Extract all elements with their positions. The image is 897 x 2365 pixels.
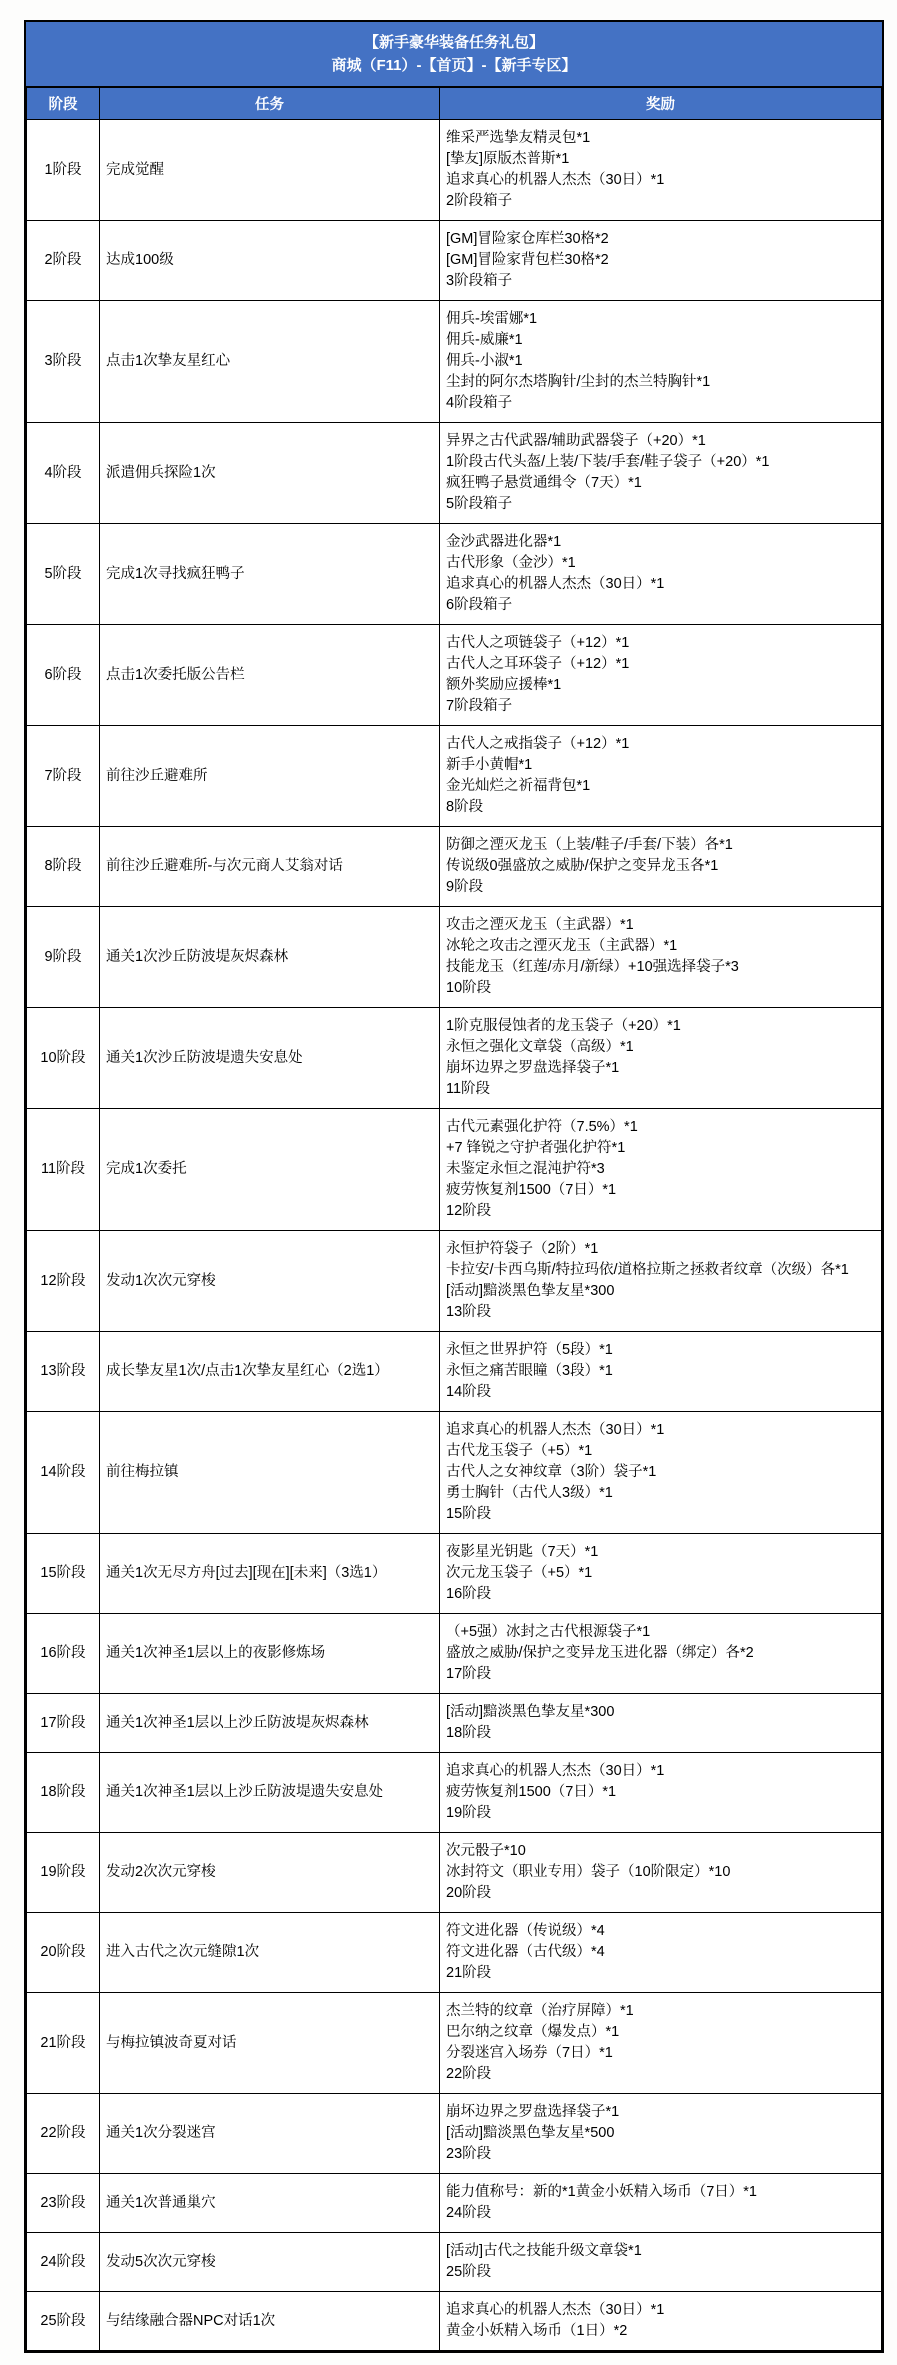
table-row: 9阶段 通关1次沙丘防波堤灰烬森林 攻击之湮灭龙玉（主武器）*1 冰轮之攻击之湮… bbox=[27, 907, 882, 1008]
table-row: 13阶段 成长挚友星1次/点击1次挚友星红心（2选1） 永恒之世界护符（5段）*… bbox=[27, 1332, 882, 1412]
reward-cell: 追求真心的机器人杰杰（30日）*1 古代龙玉袋子（+5）*1 古代人之女神纹章（… bbox=[440, 1412, 882, 1534]
reward-cell: [GM]冒险家仓库栏30格*2 [GM]冒险家背包栏30格*2 3阶段箱子 bbox=[440, 221, 882, 301]
task-cell: 通关1次分裂迷宫 bbox=[100, 2094, 440, 2174]
reward-cell: 古代人之戒指袋子（+12）*1 新手小黄帽*1 金光灿烂之祈福背包*1 8阶段 bbox=[440, 726, 882, 827]
reward-cell: 能力值称号：新的*1黄金小妖精入场币（7日）*1 24阶段 bbox=[440, 2174, 882, 2233]
table-row: 22阶段 通关1次分裂迷宫 崩坏边界之罗盘选择袋子*1 [活动]黯淡黑色挚友星*… bbox=[27, 2094, 882, 2174]
reward-cell: 攻击之湮灭龙玉（主武器）*1 冰轮之攻击之湮灭龙玉（主武器）*1 技能龙玉（红莲… bbox=[440, 907, 882, 1008]
task-cell: 与梅拉镇波奇夏对话 bbox=[100, 1993, 440, 2094]
stage-cell: 17阶段 bbox=[27, 1694, 100, 1753]
table-row: 3阶段 点击1次挚友星红心 佣兵-埃雷娜*1 佣兵-威廉*1 佣兵-小淑*1 尘… bbox=[27, 301, 882, 423]
reward-cell: 1阶克服侵蚀者的龙玉袋子（+20）*1 永恒之强化文章袋（高级）*1 崩坏边界之… bbox=[440, 1008, 882, 1109]
stage-cell: 24阶段 bbox=[27, 2233, 100, 2292]
header-row: 阶段 任务 奖励 bbox=[27, 88, 882, 120]
reward-cell: 追求真心的机器人杰杰（30日）*1 疲劳恢复剂1500（7日）*1 19阶段 bbox=[440, 1753, 882, 1833]
task-cell: 发动1次次元穿梭 bbox=[100, 1231, 440, 1332]
reward-cell: 永恒之世界护符（5段）*1 永恒之痛苦眼瞳（3段）*1 14阶段 bbox=[440, 1332, 882, 1412]
stage-cell: 25阶段 bbox=[27, 2292, 100, 2351]
table-row: 17阶段 通关1次神圣1层以上沙丘防波堤灰烬森林 [活动]黯淡黑色挚友星*300… bbox=[27, 1694, 882, 1753]
reward-cell: 防御之湮灭龙玉（上装/鞋子/手套/下装）各*1 传说级0强盛放之威胁/保护之变异… bbox=[440, 827, 882, 907]
stage-cell: 11阶段 bbox=[27, 1109, 100, 1231]
task-cell: 发动5次次元穿梭 bbox=[100, 2233, 440, 2292]
task-cell: 通关1次沙丘防波堤遗失安息处 bbox=[100, 1008, 440, 1109]
reward-cell: 杰兰特的纹章（治疗屏障）*1 巴尔纳之纹章（爆发点）*1 分裂迷宫入场券（7日）… bbox=[440, 1993, 882, 2094]
task-cell: 通关1次普通巢穴 bbox=[100, 2174, 440, 2233]
reward-cell: [活动]古代之技能升级文章袋*1 25阶段 bbox=[440, 2233, 882, 2292]
stage-cell: 10阶段 bbox=[27, 1008, 100, 1109]
table-row: 4阶段 派遣佣兵探险1次 异界之古代武器/辅助武器袋子（+20）*1 1阶段古代… bbox=[27, 423, 882, 524]
task-cell: 发动2次次元穿梭 bbox=[100, 1833, 440, 1913]
title-line-1: 【新手豪华装备任务礼包】 bbox=[26, 31, 882, 54]
page: 【新手豪华装备任务礼包】 商城（F11）-【首页】-【新手专区】 阶段 任务 奖… bbox=[0, 20, 897, 2353]
table-row: 7阶段 前往沙丘避难所 古代人之戒指袋子（+12）*1 新手小黄帽*1 金光灿烂… bbox=[27, 726, 882, 827]
reward-cell: [活动]黯淡黑色挚友星*300 18阶段 bbox=[440, 1694, 882, 1753]
task-cell: 通关1次沙丘防波堤灰烬森林 bbox=[100, 907, 440, 1008]
task-cell: 通关1次神圣1层以上沙丘防波堤遗失安息处 bbox=[100, 1753, 440, 1833]
stage-cell: 20阶段 bbox=[27, 1913, 100, 1993]
reward-cell: 金沙武器进化器*1 古代形象（金沙）*1 追求真心的机器人杰杰（30日）*1 6… bbox=[440, 524, 882, 625]
table-row: 18阶段 通关1次神圣1层以上沙丘防波堤遗失安息处 追求真心的机器人杰杰（30日… bbox=[27, 1753, 882, 1833]
stage-reward-table: 阶段 任务 奖励 1阶段 完成觉醒 维采严选挚友精灵包*1 [挚友]原版杰普斯*… bbox=[26, 87, 882, 2351]
reward-cell: 永恒护符袋子（2阶）*1 卡拉安/卡西乌斯/特拉玛依/道格拉斯之拯救者纹章（次级… bbox=[440, 1231, 882, 1332]
table-row: 19阶段 发动2次次元穿梭 次元骰子*10 冰封符文（职业专用）袋子（10阶限定… bbox=[27, 1833, 882, 1913]
table-row: 2阶段 达成100级 [GM]冒险家仓库栏30格*2 [GM]冒险家背包栏30格… bbox=[27, 221, 882, 301]
reward-cell: 佣兵-埃雷娜*1 佣兵-威廉*1 佣兵-小淑*1 尘封的阿尔杰塔胸针/尘封的杰兰… bbox=[440, 301, 882, 423]
table-row: 15阶段 通关1次无尽方舟[过去][现在][未来]（3选1） 夜影星光钥匙（7天… bbox=[27, 1534, 882, 1614]
gift-pack-table: 【新手豪华装备任务礼包】 商城（F11）-【首页】-【新手专区】 阶段 任务 奖… bbox=[24, 20, 884, 2353]
reward-cell: 异界之古代武器/辅助武器袋子（+20）*1 1阶段古代头盔/上装/下装/手套/鞋… bbox=[440, 423, 882, 524]
table-row: 12阶段 发动1次次元穿梭 永恒护符袋子（2阶）*1 卡拉安/卡西乌斯/特拉玛依… bbox=[27, 1231, 882, 1332]
task-cell: 成长挚友星1次/点击1次挚友星红心（2选1） bbox=[100, 1332, 440, 1412]
task-cell: 前往沙丘避难所-与次元商人艾翁对话 bbox=[100, 827, 440, 907]
task-cell: 通关1次无尽方舟[过去][现在][未来]（3选1） bbox=[100, 1534, 440, 1614]
stage-cell: 15阶段 bbox=[27, 1534, 100, 1614]
stage-cell: 5阶段 bbox=[27, 524, 100, 625]
reward-cell: （+5强）冰封之古代根源袋子*1 盛放之威胁/保护之变异龙玉进化器（绑定）各*2… bbox=[440, 1614, 882, 1694]
task-cell: 通关1次神圣1层以上沙丘防波堤灰烬森林 bbox=[100, 1694, 440, 1753]
reward-cell: 符文进化器（传说级）*4 符文进化器（古代级）*4 21阶段 bbox=[440, 1913, 882, 1993]
table-row: 25阶段 与结缘融合器NPC对话1次 追求真心的机器人杰杰（30日）*1 黄金小… bbox=[27, 2292, 882, 2351]
task-cell: 前往梅拉镇 bbox=[100, 1412, 440, 1534]
table-title: 【新手豪华装备任务礼包】 商城（F11）-【首页】-【新手专区】 bbox=[26, 22, 882, 87]
table-row: 11阶段 完成1次委托 古代元素强化护符（7.5%）*1 +7 锋锐之守护者强化… bbox=[27, 1109, 882, 1231]
stage-cell: 3阶段 bbox=[27, 301, 100, 423]
stage-cell: 6阶段 bbox=[27, 625, 100, 726]
table-row: 10阶段 通关1次沙丘防波堤遗失安息处 1阶克服侵蚀者的龙玉袋子（+20）*1 … bbox=[27, 1008, 882, 1109]
table-row: 1阶段 完成觉醒 维采严选挚友精灵包*1 [挚友]原版杰普斯*1 追求真心的机器… bbox=[27, 120, 882, 221]
stage-cell: 12阶段 bbox=[27, 1231, 100, 1332]
reward-cell: 古代人之项链袋子（+12）*1 古代人之耳环袋子（+12）*1 额外奖励应援棒*… bbox=[440, 625, 882, 726]
task-cell: 与结缘融合器NPC对话1次 bbox=[100, 2292, 440, 2351]
reward-cell: 次元骰子*10 冰封符文（职业专用）袋子（10阶限定）*10 20阶段 bbox=[440, 1833, 882, 1913]
reward-cell: 崩坏边界之罗盘选择袋子*1 [活动]黯淡黑色挚友星*500 23阶段 bbox=[440, 2094, 882, 2174]
task-cell: 通关1次神圣1层以上的夜影修炼场 bbox=[100, 1614, 440, 1694]
reward-cell: 夜影星光钥匙（7天）*1 次元龙玉袋子（+5）*1 16阶段 bbox=[440, 1534, 882, 1614]
table-row: 23阶段 通关1次普通巢穴 能力值称号：新的*1黄金小妖精入场币（7日）*1 2… bbox=[27, 2174, 882, 2233]
table-row: 16阶段 通关1次神圣1层以上的夜影修炼场 （+5强）冰封之古代根源袋子*1 盛… bbox=[27, 1614, 882, 1694]
task-cell: 派遣佣兵探险1次 bbox=[100, 423, 440, 524]
table-row: 14阶段 前往梅拉镇 追求真心的机器人杰杰（30日）*1 古代龙玉袋子（+5）*… bbox=[27, 1412, 882, 1534]
stage-cell: 19阶段 bbox=[27, 1833, 100, 1913]
stage-cell: 14阶段 bbox=[27, 1412, 100, 1534]
reward-cell: 追求真心的机器人杰杰（30日）*1 黄金小妖精入场币（1日）*2 bbox=[440, 2292, 882, 2351]
table-row: 20阶段 进入古代之次元缝隙1次 符文进化器（传说级）*4 符文进化器（古代级）… bbox=[27, 1913, 882, 1993]
stage-cell: 23阶段 bbox=[27, 2174, 100, 2233]
task-cell: 点击1次委托版公告栏 bbox=[100, 625, 440, 726]
table-row: 24阶段 发动5次次元穿梭 [活动]古代之技能升级文章袋*1 25阶段 bbox=[27, 2233, 882, 2292]
stage-cell: 8阶段 bbox=[27, 827, 100, 907]
reward-cell: 维采严选挚友精灵包*1 [挚友]原版杰普斯*1 追求真心的机器人杰杰（30日）*… bbox=[440, 120, 882, 221]
reward-cell: 古代元素强化护符（7.5%）*1 +7 锋锐之守护者强化护符*1 未鉴定永恒之混… bbox=[440, 1109, 882, 1231]
stage-cell: 9阶段 bbox=[27, 907, 100, 1008]
stage-cell: 21阶段 bbox=[27, 1993, 100, 2094]
stage-cell: 2阶段 bbox=[27, 221, 100, 301]
column-header-stage: 阶段 bbox=[27, 88, 100, 120]
task-cell: 完成1次寻找疯狂鸭子 bbox=[100, 524, 440, 625]
stage-cell: 22阶段 bbox=[27, 2094, 100, 2174]
title-line-2: 商城（F11）-【首页】-【新手专区】 bbox=[26, 54, 882, 77]
column-header-task: 任务 bbox=[100, 88, 440, 120]
column-header-reward: 奖励 bbox=[440, 88, 882, 120]
task-cell: 进入古代之次元缝隙1次 bbox=[100, 1913, 440, 1993]
task-cell: 完成1次委托 bbox=[100, 1109, 440, 1231]
table-row: 21阶段 与梅拉镇波奇夏对话 杰兰特的纹章（治疗屏障）*1 巴尔纳之纹章（爆发点… bbox=[27, 1993, 882, 2094]
task-cell: 达成100级 bbox=[100, 221, 440, 301]
table-row: 5阶段 完成1次寻找疯狂鸭子 金沙武器进化器*1 古代形象（金沙）*1 追求真心… bbox=[27, 524, 882, 625]
table-row: 8阶段 前往沙丘避难所-与次元商人艾翁对话 防御之湮灭龙玉（上装/鞋子/手套/下… bbox=[27, 827, 882, 907]
table-body: 1阶段 完成觉醒 维采严选挚友精灵包*1 [挚友]原版杰普斯*1 追求真心的机器… bbox=[27, 120, 882, 2351]
stage-cell: 4阶段 bbox=[27, 423, 100, 524]
stage-cell: 13阶段 bbox=[27, 1332, 100, 1412]
stage-cell: 7阶段 bbox=[27, 726, 100, 827]
task-cell: 前往沙丘避难所 bbox=[100, 726, 440, 827]
task-cell: 点击1次挚友星红心 bbox=[100, 301, 440, 423]
stage-cell: 18阶段 bbox=[27, 1753, 100, 1833]
table-row: 6阶段 点击1次委托版公告栏 古代人之项链袋子（+12）*1 古代人之耳环袋子（… bbox=[27, 625, 882, 726]
task-cell: 完成觉醒 bbox=[100, 120, 440, 221]
stage-cell: 1阶段 bbox=[27, 120, 100, 221]
stage-cell: 16阶段 bbox=[27, 1614, 100, 1694]
